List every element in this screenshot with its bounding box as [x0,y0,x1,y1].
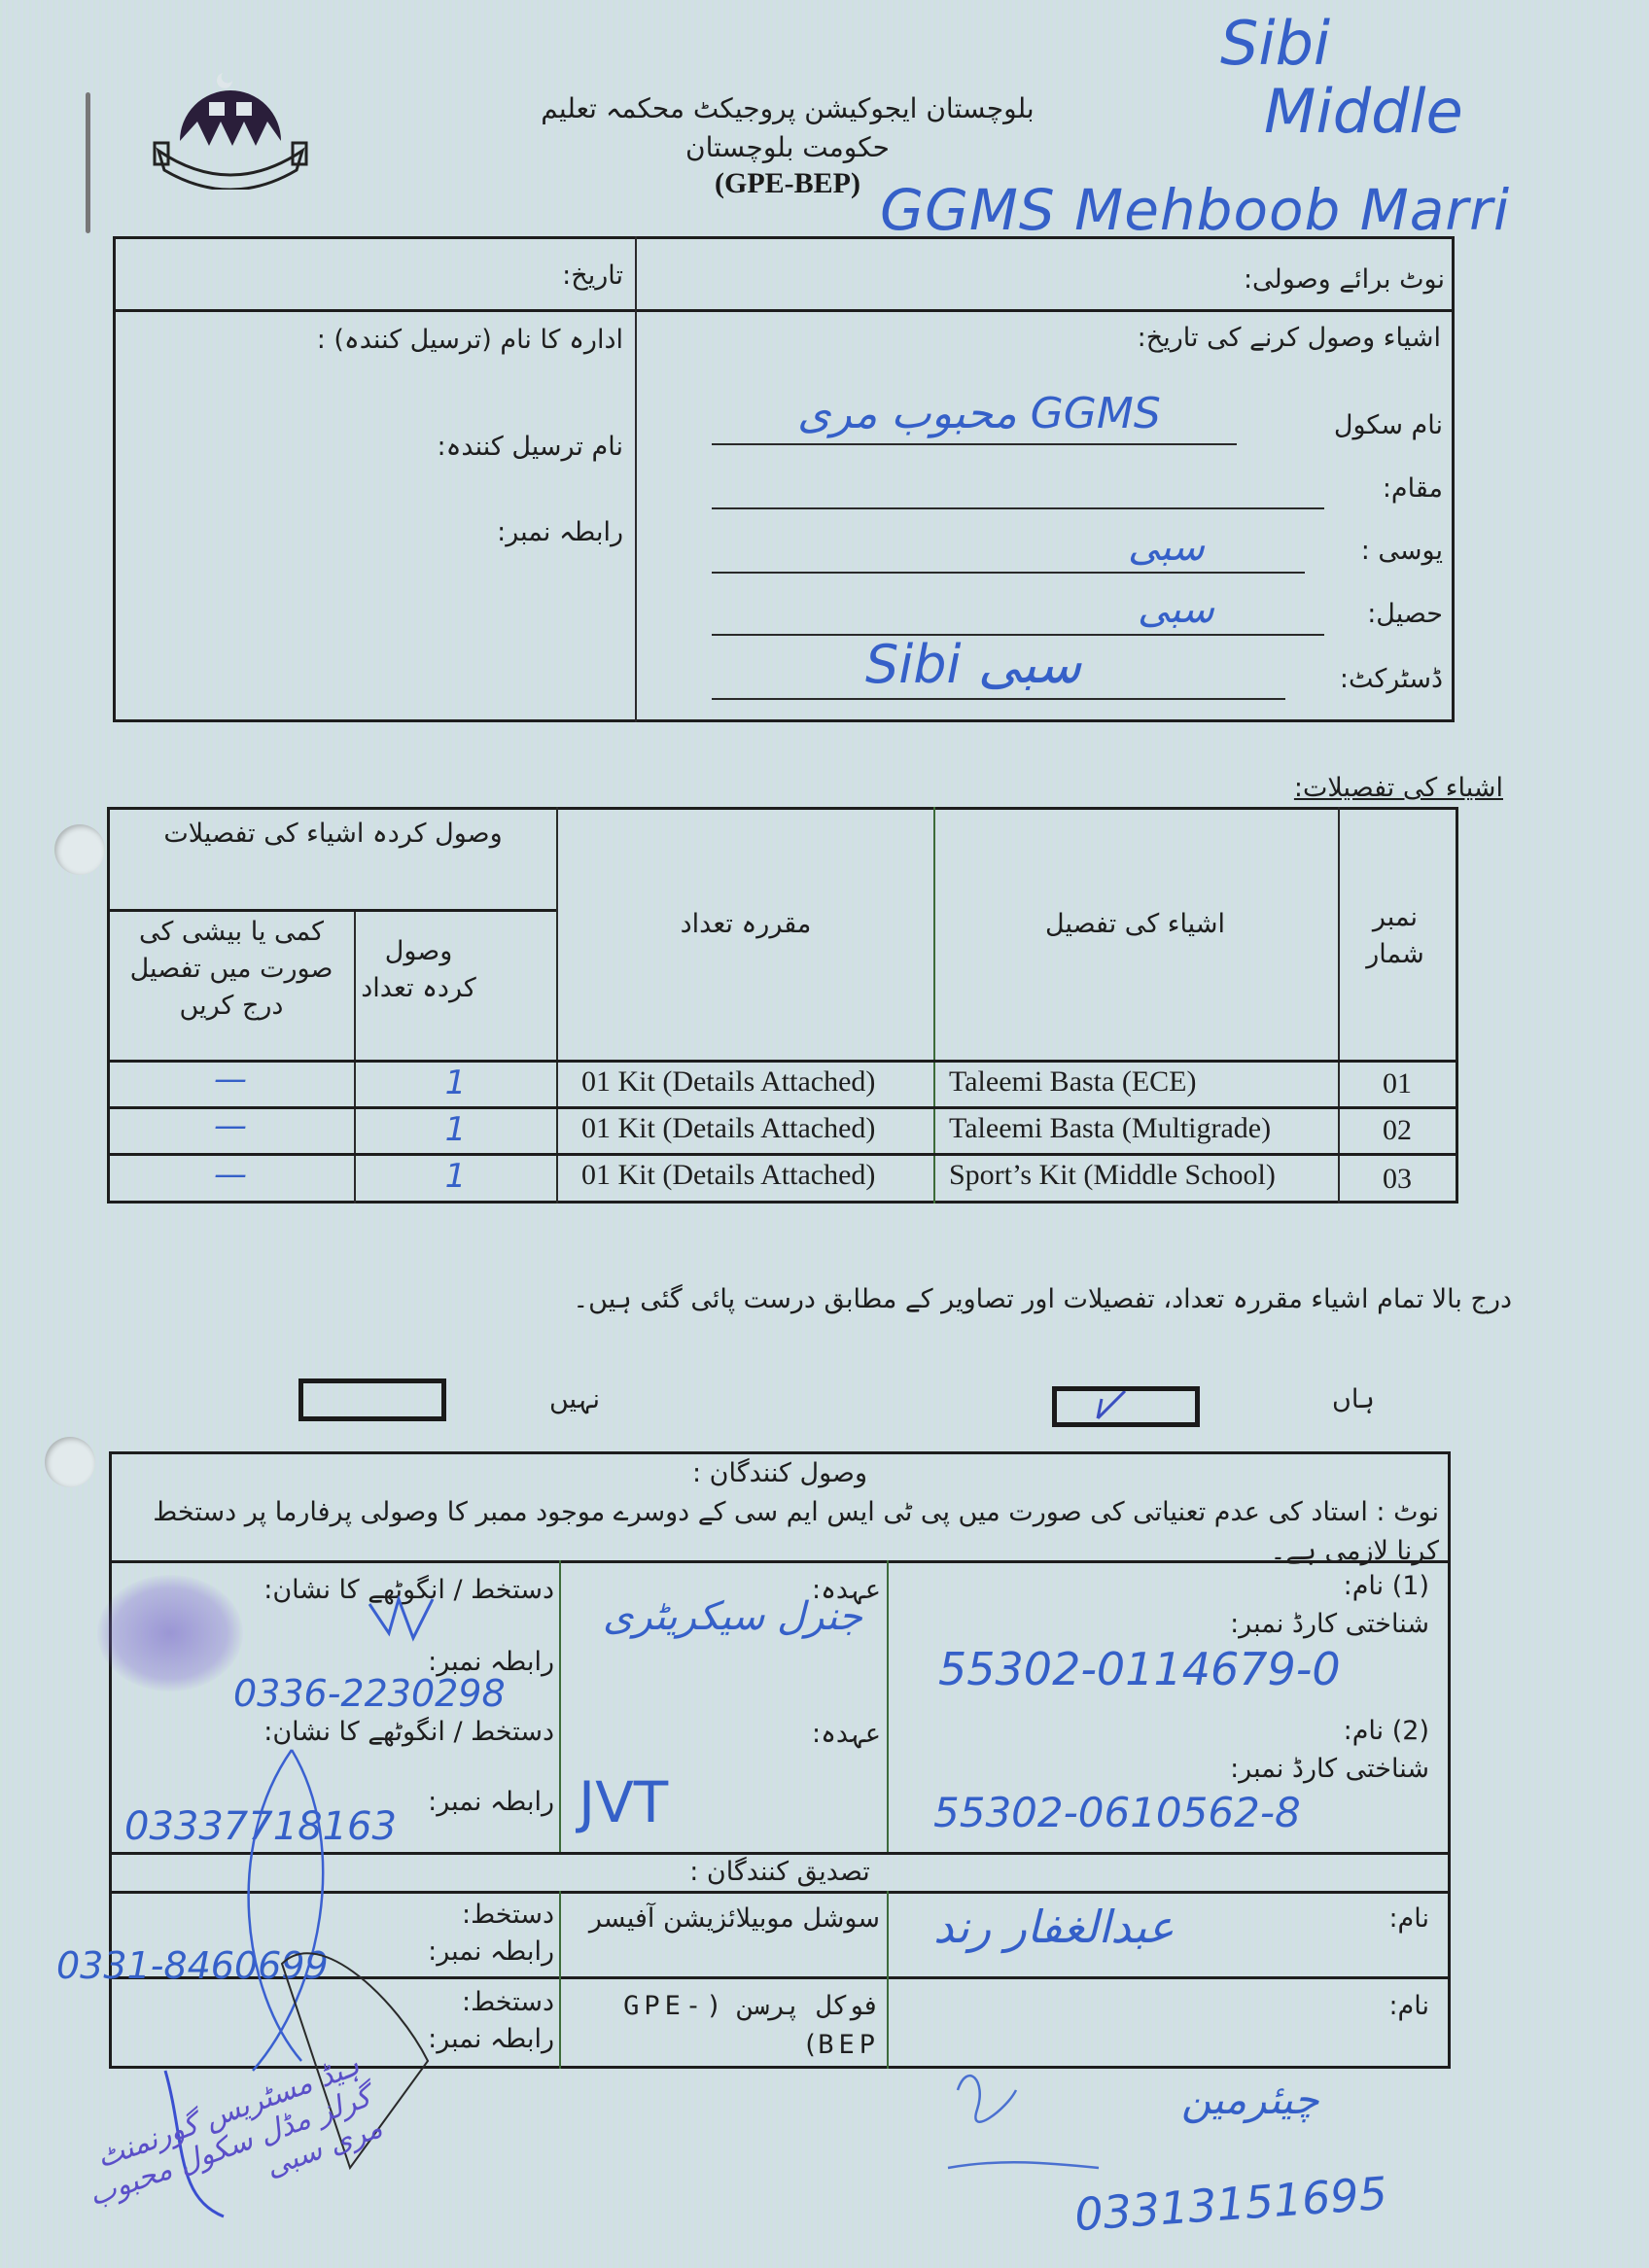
chairman-label: چیئرمین [1181,2076,1319,2123]
handwritten-signatures [0,0,1649,2268]
